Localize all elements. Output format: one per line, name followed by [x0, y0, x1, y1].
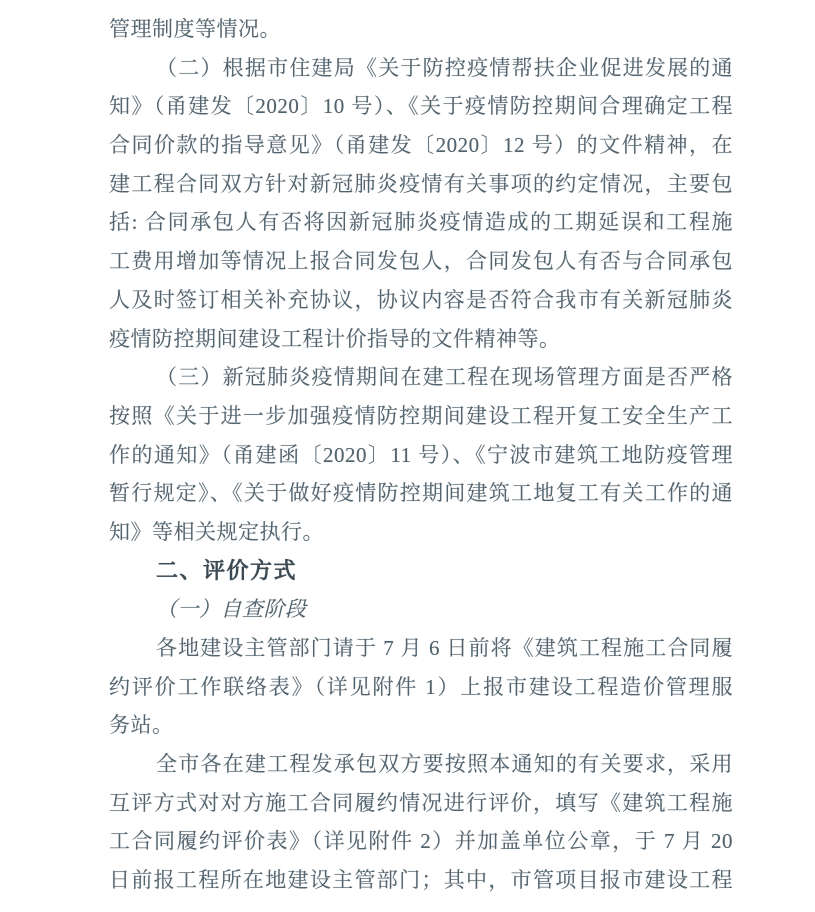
text-line: 全市各在建工程发承包双方要按照本通知的有关要求，采用 [109, 745, 733, 784]
text-line: 人及时签订相关补充协议，协议内容是否符合我市有关新冠肺炎 [109, 281, 733, 320]
text-line: 括: 合同承包人有否将因新冠肺炎疫情造成的工期延误和工程施 [109, 203, 733, 242]
text-line: 务站。 [109, 706, 733, 745]
text-line: 暂行规定》、《关于做好疫情防控期间建筑工地复工有关工作的通 [109, 474, 733, 513]
sub-heading: （一）自查阶段 [109, 590, 733, 629]
text-line: （三）新冠肺炎疫情期间在建工程在现场管理方面是否严格 [109, 358, 733, 397]
text-line: 工合同履约评价表》（详见附件 2）并加盖单位公章，于 7 月 20 [109, 822, 733, 861]
text-line: 合同价款的指导意见》（甬建发〔2020〕12 号）的文件精神，在 [109, 126, 733, 165]
document-page: 管理制度等情况。（二）根据市住建局《关于防控疫情帮扶企业促进发展的通知》（甬建发… [0, 0, 815, 912]
text-line: 约评价工作联络表》（详见附件 1）上报市建设工程造价管理服 [109, 668, 733, 707]
text-line: 知》等相关规定执行。 [109, 513, 733, 552]
text-line: （二）根据市住建局《关于防控疫情帮扶企业促进发展的通 [109, 49, 733, 88]
section-heading: 二、评价方式 [109, 552, 733, 591]
text-line: 疫情防控期间建设工程计价指导的文件精神等。 [109, 320, 733, 359]
text-line: 工费用增加等情况上报合同发包人，合同发包人有否与合同承包 [109, 242, 733, 281]
text-line: 作的通知》（甬建函〔2020〕11 号）、《宁波市建筑工地防疫管理 [109, 436, 733, 475]
text-line: 知》（甬建发〔2020〕10 号）、《关于疫情防控期间合理确定工程 [109, 87, 733, 126]
document-text-block: 管理制度等情况。（二）根据市住建局《关于防控疫情帮扶企业促进发展的通知》（甬建发… [109, 10, 733, 900]
text-line: 管理制度等情况。 [109, 10, 733, 49]
text-line: 日前报工程所在地建设主管部门；其中，市管项目报市建设工程 [109, 861, 733, 900]
text-line: 按照《关于进一步加强疫情防控期间建设工程开复工安全生产工 [109, 397, 733, 436]
text-line: 各地建设主管部门请于 7 月 6 日前将《建筑工程施工合同履 [109, 629, 733, 668]
text-line: 建工程合同双方针对新冠肺炎疫情有关事项的约定情况，主要包 [109, 165, 733, 204]
text-line: 互评方式对对方施工合同履约情况进行评价，填写《建筑工程施 [109, 784, 733, 823]
